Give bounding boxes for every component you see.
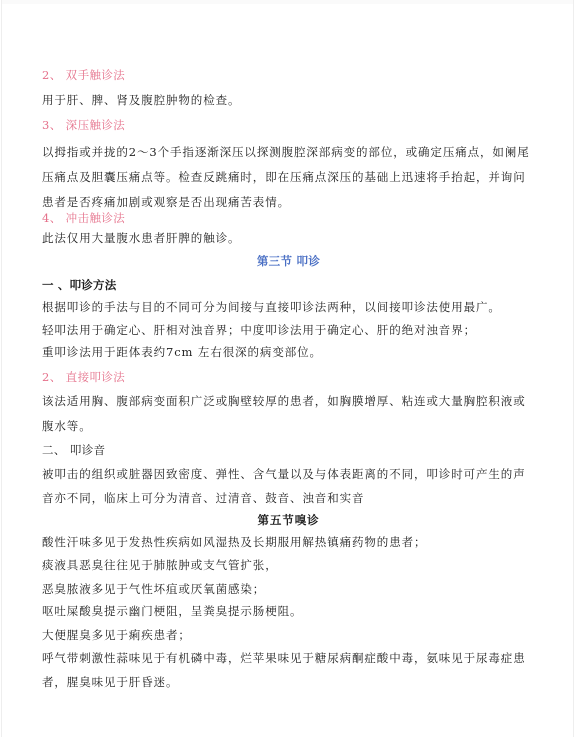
- paragraph-breath-odor-line-2: 者，腥臭味见于肝昏迷。: [42, 675, 178, 689]
- subheading-direct-percussion: 2、 直接叩诊法: [42, 370, 125, 384]
- page-top-strip: [2, 0, 573, 4]
- paragraph-deep-palpation-line-2: 压痛点及胆囊压痛点等。检查反跳痛时，即在压痛点深压的基础上迅速将手抬起，并询问: [42, 170, 526, 184]
- paragraph-sputum-odor: 痰液具恶臭往往见于肺脓肿或支气管扩张，: [42, 558, 278, 572]
- section-title-olfaction: 第五节嗅诊: [2, 513, 575, 527]
- paragraph-direct-percussion-line-1: 该法适用胸、腹部病变面积广泛或胸壁较厚的患者，如胸膜增厚、粘连或大量胸腔积液或: [42, 394, 526, 408]
- heading-percussion-methods: 一 、叩诊方法: [42, 278, 116, 292]
- paragraph-pus-odor: 恶臭脓液多见于气性坏疽或厌氧菌感染；: [42, 582, 265, 596]
- subheading-bimanual-palpation: 2、 双手触诊法: [42, 68, 125, 82]
- paragraph-percussion-sounds-line-1: 被叩击的组织或脏器因致密度、弹性、含气量以及与体表距离的不同，叩诊时可产生的声: [42, 467, 526, 481]
- subheading-deep-palpation: 3、 深压触诊法: [42, 118, 125, 132]
- paragraph-bimanual-use: 用于肝、脾、肾及腹腔肿物的检查。: [42, 93, 240, 107]
- paragraph-percussion-types: 根据叩诊的手法与目的不同可分为间接与直接叩诊法两种，以间接叩诊法使用最广。: [42, 300, 501, 314]
- paragraph-breath-odor-line-1: 呼气带刺激性蒜味见于有机磷中毒，烂苹果味见于糖尿病酮症酸中毒，氨味见于尿毒症患: [42, 651, 526, 665]
- paragraph-deep-palpation-line-3: 患者是否疼痛加剧或观察是否出现痛苦表情。: [42, 195, 290, 209]
- section-title-percussion: 第三节 叩诊: [2, 254, 575, 268]
- paragraph-stool-odor: 大便腥臭多见于痢疾患者；: [42, 628, 191, 642]
- paragraph-vomit-odor: 呕吐屎酸臭提示幽门梗阻，呈粪臭提示肠梗阻。: [42, 604, 302, 618]
- subheading-ballottement: 4、 冲击触诊法: [42, 211, 125, 225]
- paragraph-heavy-percussion: 重叩诊法用于距体表约7cm 左右很深的病变部位。: [42, 345, 322, 359]
- paragraph-light-percussion: 轻叩法用于确定心、肝相对浊音界；中度叩诊法用于确定心、肝的绝对浊音界；: [42, 323, 476, 337]
- paragraph-percussion-sounds-line-2: 音亦不同，临床上可分为清音、过清音、鼓音、浊音和实音: [42, 491, 364, 505]
- paragraph-ballottement-use: 此法仅用大量腹水患者肝脾的触诊。: [42, 231, 240, 245]
- paragraph-direct-percussion-line-2: 腹水等。: [42, 419, 92, 433]
- paragraph-deep-palpation-line-1: 以拇指或并拢的2～3个手指逐渐深压以探测腹腔深部病变的部位，或确定压痛点，如阑尾: [42, 145, 530, 159]
- document-page: 2、 双手触诊法 用于肝、脾、肾及腹腔肿物的检查。 3、 深压触诊法 以拇指或并…: [1, 0, 574, 737]
- heading-percussion-sounds: 二、 叩诊音: [42, 443, 106, 457]
- paragraph-acid-sweat: 酸性汗味多见于发热性疾病如风湿热及长期服用解热镇痛药物的患者；: [42, 535, 426, 549]
